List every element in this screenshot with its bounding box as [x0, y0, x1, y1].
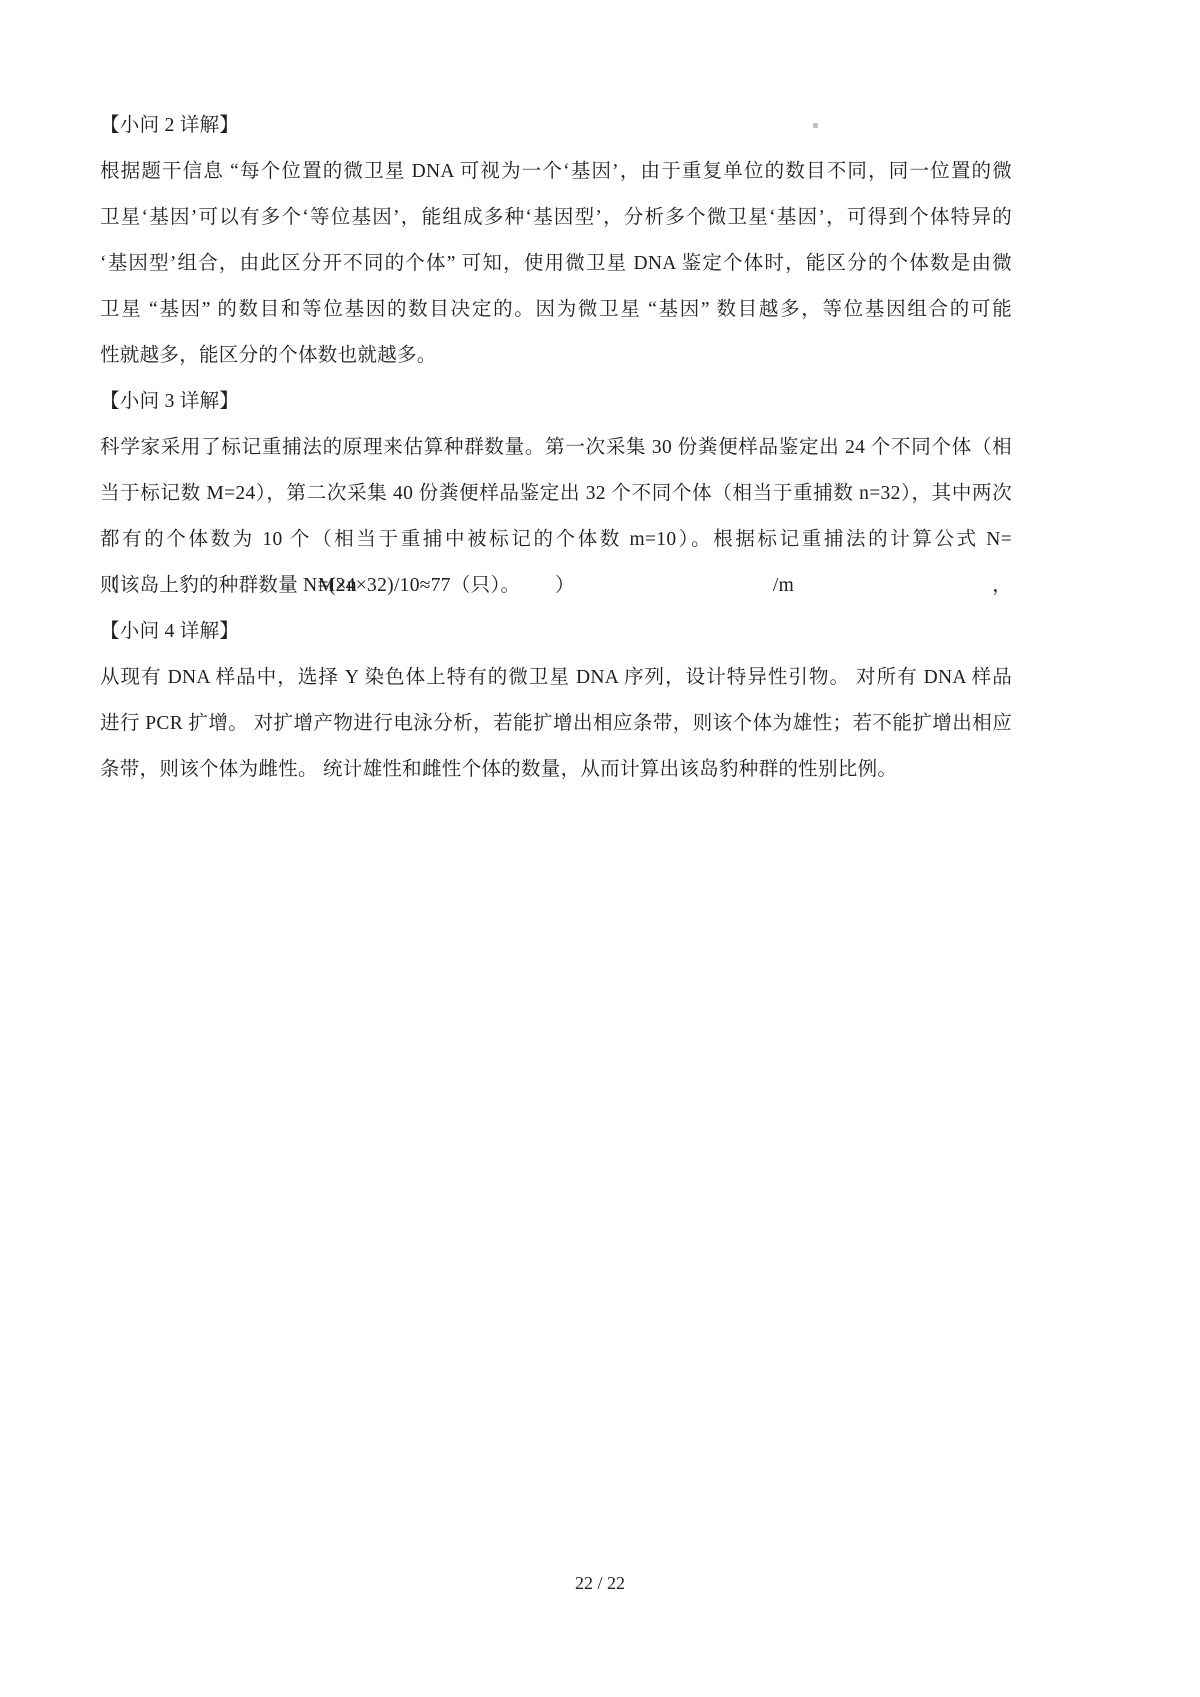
text-line: 根据题干信息 “每个位置的微卫星 DNA 可视为一个‘基因’，由于重复单位的数目…	[100, 149, 1012, 195]
text-line: 都有的个体数为 10 个（相当于重捕中被标记的个体数 m=10）。根据标记重捕法…	[100, 517, 1012, 563]
text-line: 条带，则该个体为雌性。 统计雄性和雌性个体的数量，从而计算出该岛豹种群的性别比例…	[100, 747, 1012, 793]
document-body: 【小问 2 详解】 根据题干信息 “每个位置的微卫星 DNA 可视为一个‘基因’…	[100, 103, 1012, 793]
text-line: 卫星 “基因” 的数目和等位基因的数目决定的。因为微卫星 “基因” 数目越多，等…	[100, 287, 1012, 333]
page-number: 22 / 22	[0, 1563, 1200, 1603]
text-line: ‘基因型’组合，由此区分开不同的个体” 可知，使用微卫星 DNA 鉴定个体时，能…	[100, 241, 1012, 287]
section-3-heading: 【小问 3 详解】	[100, 379, 1012, 425]
text-line: 从现有 DNA 样品中，选择 Y 染色体上特有的微卫星 DNA 序列，设计特异性…	[100, 655, 1012, 701]
text-line: 性就越多，能区分的个体数也就越多。	[100, 333, 1012, 379]
section-2-heading: 【小问 2 详解】	[100, 103, 1012, 149]
text-line: 当于标记数 M=24），第二次采集 40 份粪便样品鉴定出 32 个不同个体（相…	[100, 471, 1012, 517]
text-line: 进行 PCR 扩增。 对扩增产物进行电泳分析，若能扩增出相应条带，则该个体为雄性…	[100, 701, 1012, 747]
text-line: 科学家采用了标记重捕法的原理来估算种群数量。第一次采集 30 份粪便样品鉴定出 …	[100, 425, 1012, 471]
document-page: 【小问 2 详解】 根据题干信息 “每个位置的微卫星 DNA 可视为一个‘基因’…	[0, 0, 1200, 1697]
section-4-heading: 【小问 4 详解】	[100, 609, 1012, 655]
text-line: 卫星‘基因’可以有多个‘等位基因’，能组成多种‘基因型’，分析多个微卫星‘基因’…	[100, 195, 1012, 241]
